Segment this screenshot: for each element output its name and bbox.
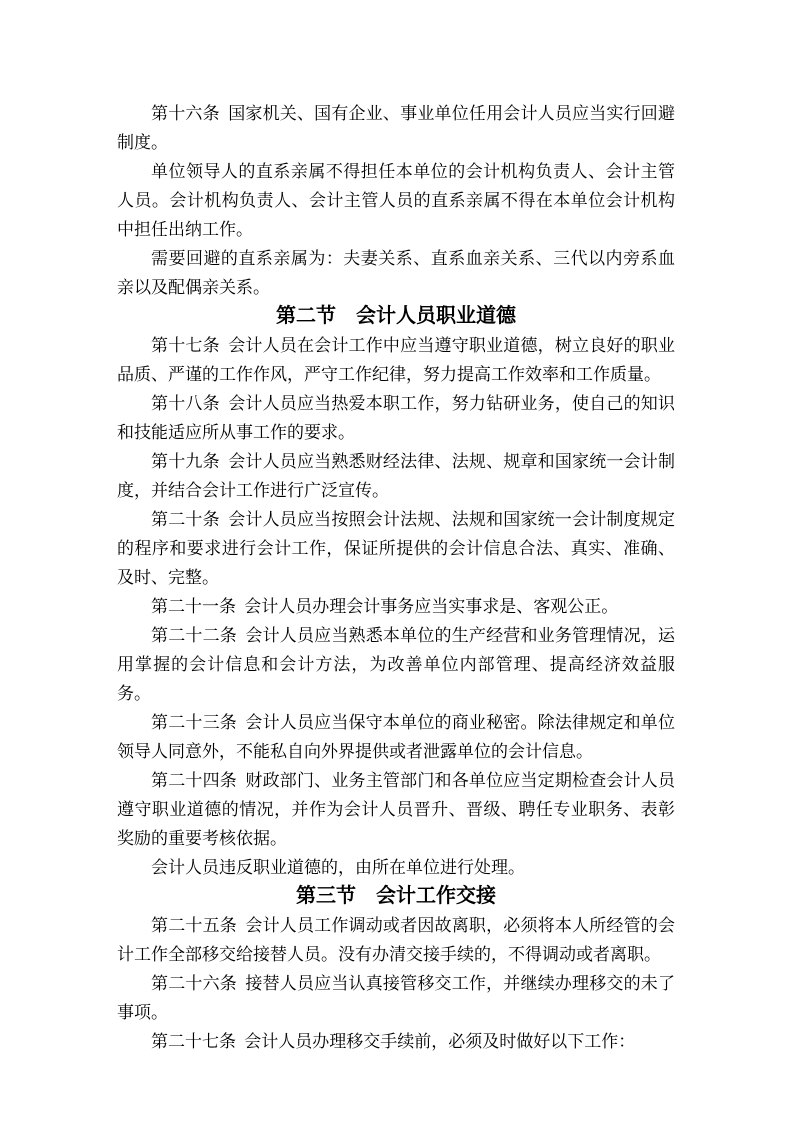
paragraph: 单位领导人的直系亲属不得担任本单位的会计机构负责人、会计主管人员。会计机构负责人… [117, 157, 675, 244]
paragraph: 第十七条 会计人员在会计工作中应当遵守职业道德，树立良好的职业品质、严谨的工作作… [117, 331, 675, 389]
paragraph: 会计人员违反职业道德的，由所在单位进行处理。 [117, 853, 675, 882]
document-page: 第十六条 国家机关、国有企业、事业单位任用会计人员应当实行回避制度。单位领导人的… [0, 0, 793, 1122]
document-body: 第十六条 国家机关、国有企业、事业单位任用会计人员应当实行回避制度。单位领导人的… [117, 99, 675, 1056]
paragraph: 第二十五条 会计人员工作调动或者因故离职，必须将本人所经管的会计工作全部移交给接… [117, 911, 675, 969]
paragraph: 第十六条 国家机关、国有企业、事业单位任用会计人员应当实行回避制度。 [117, 99, 675, 157]
paragraph: 第二十六条 接替人员应当认真接管移交工作，并继续办理移交的未了事项。 [117, 969, 675, 1027]
paragraph: 第二十条 会计人员应当按照会计法规、法规和国家统一会计制度规定的程序和要求进行会… [117, 505, 675, 592]
paragraph: 第二十四条 财政部门、业务主管部门和各单位应当定期检查会计人员遵守职业道德的情况… [117, 766, 675, 853]
paragraph: 第二十三条 会计人员应当保守本单位的商业秘密。除法律规定和单位领导人同意外，不能… [117, 708, 675, 766]
paragraph: 第十八条 会计人员应当热爱本职工作，努力钻研业务，使自己的知识和技能适应所从事工… [117, 389, 675, 447]
paragraph: 需要回避的直系亲属为：夫妻关系、直系血亲关系、三代以内旁系血亲以及配偶亲关系。 [117, 244, 675, 302]
paragraph: 第二十一条 会计人员办理会计事务应当实事求是、客观公正。 [117, 592, 675, 621]
paragraph: 第二十二条 会计人员应当熟悉本单位的生产经营和业务管理情况，运用掌握的会计信息和… [117, 621, 675, 708]
section-heading: 第二节 会计人员职业道德 [117, 302, 675, 331]
paragraph: 第十九条 会计人员应当熟悉财经法律、法规、规章和国家统一会计制度，并结合会计工作… [117, 447, 675, 505]
paragraph: 第二十七条 会计人员办理移交手续前，必须及时做好以下工作： [117, 1027, 675, 1056]
section-heading: 第三节 会计工作交接 [117, 882, 675, 911]
